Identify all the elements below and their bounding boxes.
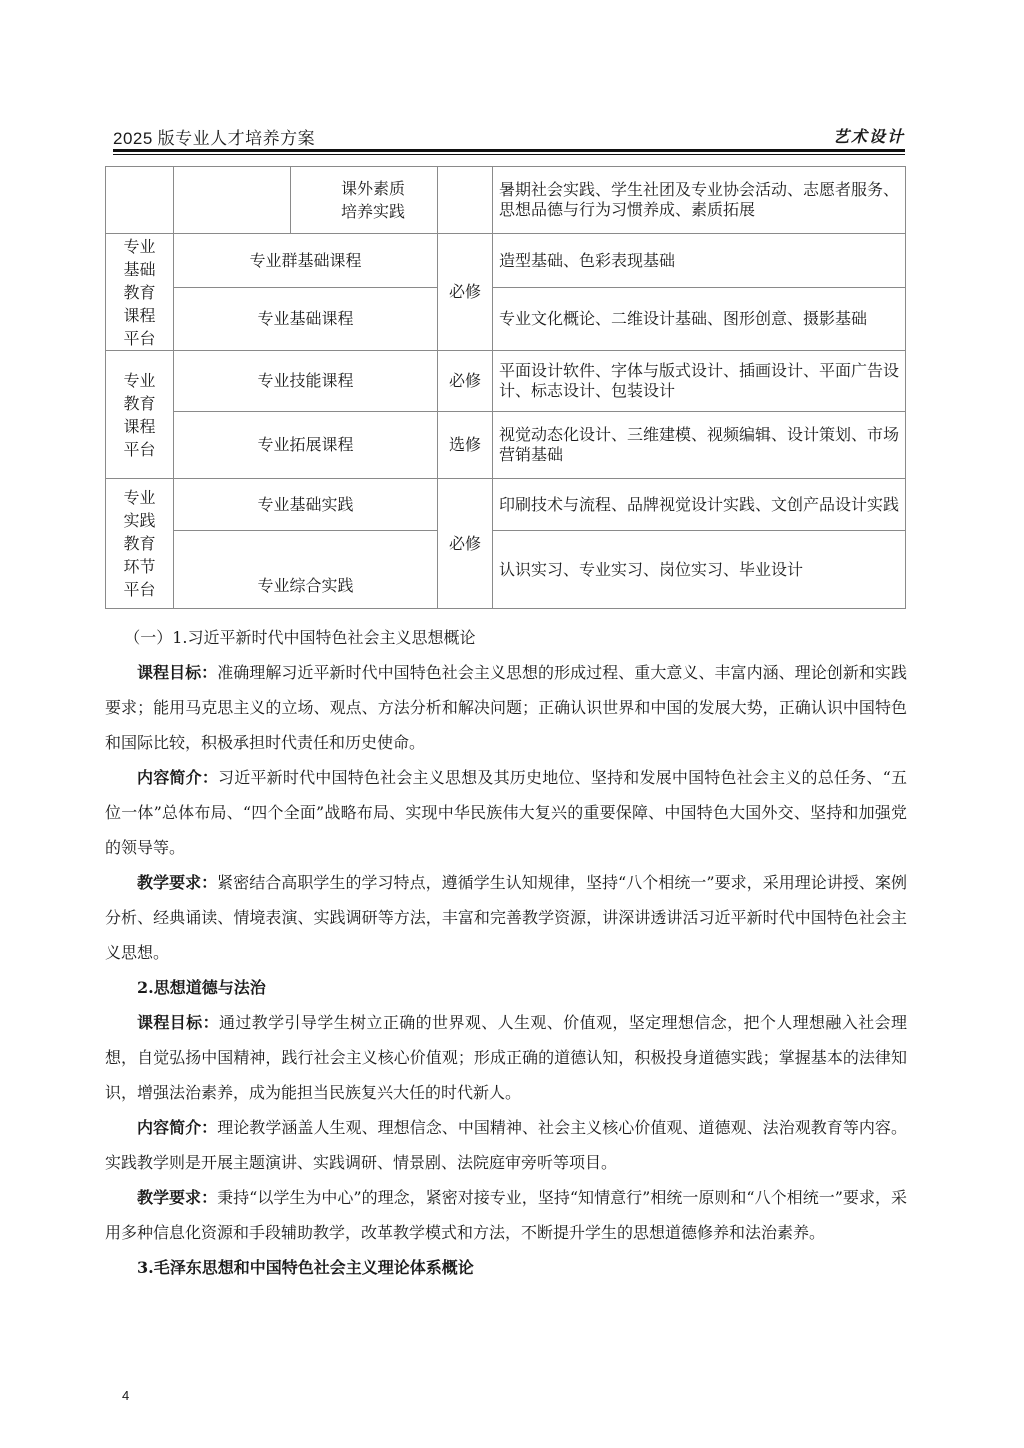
category-cell: 专业基础实践 (174, 479, 438, 531)
platform-line: 实践 (112, 509, 167, 532)
courses-cell: 造型基础、色彩表现基础 (493, 234, 906, 288)
paragraph: 教学要求：秉持“以学生为中心”的理念，紧密对接专业，坚持“知情意行”相统一原则和… (105, 1180, 907, 1250)
platform-cell: 专业 基础 教育 课程 平台 (106, 234, 174, 351)
table-row: 专业 基础 教育 课程 平台 专业群基础课程 必修 造型基础、色彩表现基础 (106, 234, 906, 288)
label: 课程目标： (137, 663, 217, 682)
label: 教学要求： (137, 1188, 217, 1207)
paragraph: 课程目标：准确理解习近平新时代中国特色社会主义思想的形成过程、重大意义、丰富内涵… (105, 655, 907, 760)
courses-cell: 认识实习、专业实习、岗位实习、毕业设计 (493, 531, 906, 609)
section-heading: 2.思想道德与法治 (105, 970, 907, 1005)
category-cell: 专业技能课程 (174, 351, 438, 412)
category-cell (174, 167, 291, 234)
type-cell: 必修 (438, 234, 493, 351)
platform-line: 环节 (112, 555, 167, 578)
label: 课程目标： (137, 1013, 219, 1032)
page-header: 2025 版专业人才培养方案 艺术设计 (113, 124, 905, 148)
courses-cell: 印刷技术与流程、品牌视觉设计实践、文创产品设计实践 (493, 479, 906, 531)
category-cell: 专业拓展课程 (174, 412, 438, 479)
subcategory-cell: 课外素质 培养实践 (291, 167, 438, 234)
platform-line: 课程 (112, 304, 167, 327)
major-name: 艺术设计 (833, 124, 905, 147)
platform-cell: 专业 实践 教育 环节 平台 (106, 479, 174, 609)
curriculum-table: 课外素质 培养实践 暑期社会实践、学生社团及专业协会活动、志愿者服务、思想品德与… (105, 166, 906, 609)
platform-line: 课程 (112, 415, 167, 438)
text: 习近平新时代中国特色社会主义思想及其历史地位、坚持和发展中国特色社会主义的总任务… (105, 768, 907, 857)
table-row: 专业 教育 课程 平台 专业技能课程 必修 平面设计软件、字体与版式设计、插画设… (106, 351, 906, 412)
table-row: 专业基础课程 专业文化概论、二维设计基础、图形创意、摄影基础 (106, 288, 906, 351)
text: 通过教学引导学生树立正确的世界观、人生观、价值观，坚定理想信念，把个人理想融入社… (105, 1013, 907, 1102)
platform-line: 专业 (112, 486, 167, 509)
table-row: 课外素质 培养实践 暑期社会实践、学生社团及专业协会活动、志愿者服务、思想品德与… (106, 167, 906, 234)
label: 内容简介： (137, 1118, 217, 1137)
category-cell: 专业群基础课程 (174, 234, 438, 288)
text: 理论教学涵盖人生观、理想信念、中国精神、社会主义核心价值观、道德观、法治观教育等… (105, 1118, 907, 1172)
plan-title: 版专业人才培养方案 (153, 129, 315, 148)
paragraph: 内容简介：理论教学涵盖人生观、理想信念、中国精神、社会主义核心价值观、道德观、法… (105, 1110, 907, 1180)
platform-line: 教育 (112, 532, 167, 555)
paragraph: 教学要求：紧密结合高职学生的学习特点，遵循学生认知规律，坚持“八个相统一”要求，… (105, 865, 907, 970)
text: 紧密结合高职学生的学习特点，遵循学生认知规律，坚持“八个相统一”要求，采用理论讲… (105, 873, 907, 962)
platform-line: 平台 (112, 578, 167, 601)
category-cell: 专业基础课程 (174, 288, 438, 351)
courses-cell: 专业文化概论、二维设计基础、图形创意、摄影基础 (493, 288, 906, 351)
paragraph: 课程目标：通过教学引导学生树立正确的世界观、人生观、价值观，坚定理想信念，把个人… (105, 1005, 907, 1110)
platform-cell: 专业 教育 课程 平台 (106, 351, 174, 479)
header-rule-thin (113, 154, 905, 155)
platform-line: 平台 (112, 327, 167, 350)
edition-year: 2025 (113, 129, 153, 148)
header-rule-thick (113, 149, 905, 152)
courses-cell: 暑期社会实践、学生社团及专业协会活动、志愿者服务、思想品德与行为习惯养成、素质拓… (493, 167, 906, 234)
section-heading: （一）1.习近平新时代中国特色社会主义思想概论 (105, 620, 907, 655)
type-cell (438, 167, 493, 234)
platform-line: 教育 (112, 392, 167, 415)
platform-line: 专业 (112, 235, 167, 258)
platform-line: 平台 (112, 438, 167, 461)
course-descriptions: （一）1.习近平新时代中国特色社会主义思想概论 课程目标：准确理解习近平新时代中… (105, 620, 907, 1285)
table-row: 专业拓展课程 选修 视觉动态化设计、三维建模、视频编辑、设计策划、市场营销基础 (106, 412, 906, 479)
text: 秉持“以学生为中心”的理念，紧密对接专业，坚持“知情意行”相统一原则和“八个相统… (105, 1188, 907, 1242)
document-title: 2025 版专业人才培养方案 (113, 124, 315, 149)
courses-cell: 视觉动态化设计、三维建模、视频编辑、设计策划、市场营销基础 (493, 412, 906, 479)
table-row: 专业 实践 教育 环节 平台 专业基础实践 必修 印刷技术与流程、品牌视觉设计实… (106, 479, 906, 531)
paragraph: 内容简介：习近平新时代中国特色社会主义思想及其历史地位、坚持和发展中国特色社会主… (105, 760, 907, 865)
category-cell: 专业综合实践 (174, 531, 438, 609)
type-cell: 选修 (438, 412, 493, 479)
page-number: 4 (122, 1388, 129, 1403)
table-row: 专业综合实践 认识实习、专业实习、岗位实习、毕业设计 (106, 531, 906, 609)
subcategory-line: 课外素质 (315, 177, 431, 200)
courses-cell: 平面设计软件、字体与版式设计、插画设计、平面广告设计、标志设计、包装设计 (493, 351, 906, 412)
platform-line: 教育 (112, 281, 167, 304)
label: 内容简介： (137, 768, 218, 787)
section-heading: 3.毛泽东思想和中国特色社会主义理论体系概论 (105, 1250, 907, 1285)
subcategory-line: 培养实践 (315, 200, 431, 223)
type-cell: 必修 (438, 351, 493, 412)
platform-line: 专业 (112, 369, 167, 392)
label: 教学要求： (137, 873, 217, 892)
type-cell: 必修 (438, 479, 493, 609)
platform-cell (106, 167, 174, 234)
platform-line: 基础 (112, 258, 167, 281)
text: 准确理解习近平新时代中国特色社会主义思想的形成过程、重大意义、丰富内涵、理论创新… (105, 663, 907, 752)
